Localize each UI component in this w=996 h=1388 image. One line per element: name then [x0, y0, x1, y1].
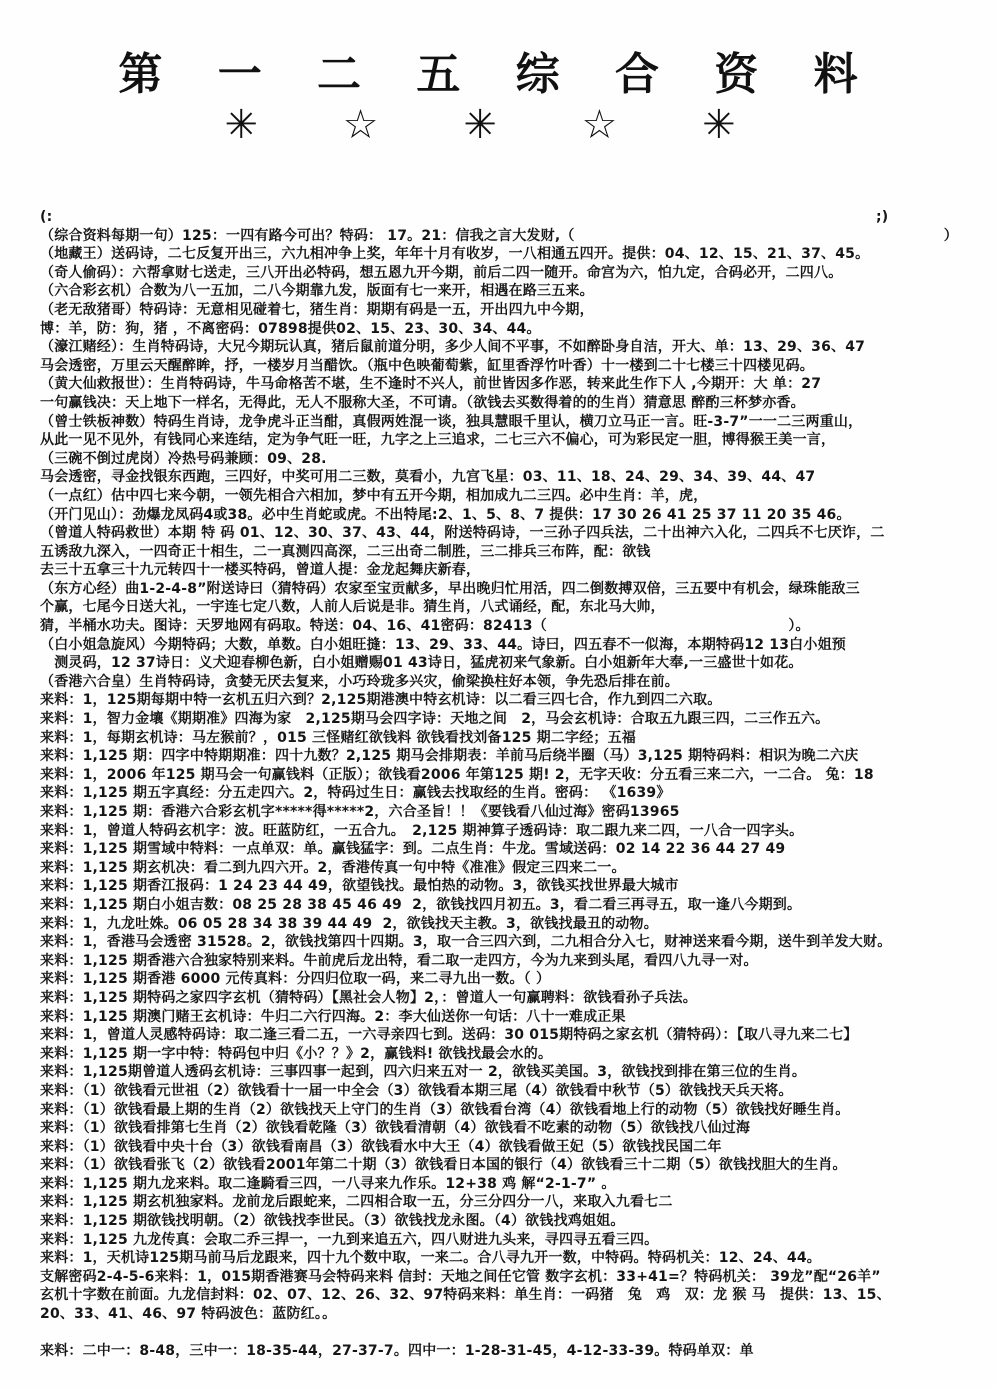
decorative-symbols: ✳ ☆ ✳ ☆ ✳ — [0, 102, 996, 148]
text-line: 来料：（1）欲钱看最上期的生肖（2）欲钱找天上守门的生肖（3）欲钱看台湾（4）欲… — [40, 1101, 992, 1120]
text-line: （六合彩玄机）合数为八一五加，二八今期靠九发，版面有七一来开，相遇在路三五来。 — [40, 282, 992, 301]
text-line: 来料：1，香港马会透密 31528。2，欲钱找第四十四期。3，取一合三四六到，二… — [40, 933, 992, 952]
text-line: （综合资料每期一句）125：一四有路今可出？特码： 17。21：信我之言大发财,… — [40, 227, 992, 246]
text-line: 来料：1,125 期欲钱找明朝。（2）欲钱找李世民。（3）欲钱找龙永图。（4）欲… — [40, 1212, 992, 1231]
text-line: 来料：1，每期玄机诗：马左猴前？，015 三怪赌红欲钱料 欲钱看找刘备125 期… — [40, 729, 992, 748]
text-line: （曾士铁板神数）特码生肖诗，龙争虎斗正当酣，真假两姓混一谈，独具慧眼千里认，横刀… — [40, 413, 992, 432]
text-line: 去三十五拿三十九元转四十一楼买特码，曾道人提：金龙起舞庆新春， — [40, 561, 992, 580]
text-line: 来料：1，曾道人特码玄机字：波。旺蓝防红，一五合九。 2,125 期神算子透码诗… — [40, 822, 992, 841]
text-line: 来料：1，曾道人灵感特码诗：取二逢三看二五，一六寻亲四七到。送码：30 015期… — [40, 1026, 992, 1045]
text-line: 玄机十字数在前面。九龙信封料：02、07、12、26、32、97特码来料：单生肖… — [40, 1286, 992, 1305]
text-line: （老无敌猪哥）特码诗：无意相见碰着七，猪生肖：期期有码是一五，开出四九中今期， — [40, 301, 992, 320]
text-line: 一句赢钱决：天上地下一样名，无得此，无人不服称大圣，不可请。（欲钱去买数得着的的… — [40, 394, 992, 413]
text-line: 来料：（1）欲钱看排第七生肖（2）欲钱看乾隆（3）欲钱看清朝（4）欲钱看不吃素的… — [40, 1119, 992, 1138]
text-line: 来料：1,125 期：香港六合彩玄机字*****得*****2，六合圣旨！！《要… — [40, 803, 992, 822]
document-page: 第 一 二 五 综 合 资 料 ✳ ☆ ✳ ☆ ✳ (: ;)（综合资料每期一句… — [0, 0, 996, 1388]
asterisk-icon: ✳ — [463, 102, 533, 148]
text-line: 来料：1,125 期一字中特：特码包中归《小？？》2，赢钱料! 欲钱找最会水的。 — [40, 1045, 992, 1064]
star-icon: ☆ — [581, 102, 653, 148]
text-line: 五诱敌九深入，一四奇正十相生，二一真测四高深，二三出奇二制胜，三二排兵三布阵，配… — [40, 543, 992, 562]
text-line: （白小姐急旋风）今期特码；大数，单数。白小姐旺摓：13、29、33、44。诗曰，… — [40, 636, 992, 655]
text-line: 个赢，七尾今日送大礼，一宇连七定八数，人前人后说是非。猜生肖，八式诵经，配，东北… — [40, 598, 992, 617]
text-line: 来料：（1）欲钱看元世祖（2）欲钱看十一届一中全会（3）欲钱看本期三尾（4）欲钱… — [40, 1082, 992, 1101]
text-line: （东方心经）曲1-2-4-8”附送诗曰（猜特码）农家至宝贡献多，早出晚归忙用活，… — [40, 580, 992, 599]
text-line: 来料：1，九龙吐姝。06 05 28 34 38 39 44 49 2，欲钱找天… — [40, 915, 992, 934]
star-icon: ☆ — [343, 102, 415, 148]
text-line: (: ;) — [40, 208, 992, 227]
text-line: 来料：1,125 期香港六合独家特别来料。牛前虎后龙出特，看二取一走四方，今为九… — [40, 952, 992, 971]
text-line: 20、33、41、46、97 特码波色：蓝防红。。 — [40, 1305, 992, 1324]
text-line: 来料：1,125 期特码之家四字玄机（猜特码）【黑社会人物】2，：曾道人一句赢聘… — [40, 989, 992, 1008]
text-line: 来料：1,125 期香港 6000 元传真料：分四归位取一码，来二寻九出一数。（… — [40, 970, 992, 989]
text-line: 来料：1，智力金壤《期期准》四海为家 2,125期马会四字诗：天地之间 2，马会… — [40, 710, 992, 729]
text-line: 来料：1,125 期玄机决：看二到九四六开。2，香港传真一句中特《准准》假定三四… — [40, 859, 992, 878]
text-line: 博：羊，防：狗，猪 ，不离密码：07898提供02、15、23、30、34、44… — [40, 320, 992, 339]
text-line: （濠江赌经）：生肖特码诗，大兄今期玩认真，猪后鼠前道分明，多少人间不平事，不如醉… — [40, 338, 992, 357]
text-line: 来料：1，天机诗125期马前马后龙跟来，四十九个数中取，一来二。合八寻九开一数，… — [40, 1249, 992, 1268]
text-line: 来料：1，2006 年125 期马会一句赢钱料（正版）；欲钱看2006 年第12… — [40, 766, 992, 785]
text-line: 马会透密，万里云天醒醉眸，抒，一楼岁月当醋饮。（瓶中色映葡萄紫，缸里香浮竹叶香）… — [40, 357, 992, 376]
text-line: 来料：1,125 期澳门赌王玄机诗：牛归二六行四海。2：李大仙送你一句话：八十一… — [40, 1008, 992, 1027]
text-line: 马会透密，寻金找银东西跑，三四好，中奖可用二三数，莫看小，九宫飞星：03、11、… — [40, 468, 992, 487]
text-line: 来料：1,125 期五字真经：分五走四六。2，特码过生日：赢钱去找取经的生肖。密… — [40, 784, 992, 803]
text-line: 来料：1,125 期雪域中特料：一点单双：单。赢钱猛字：到。二点生肖：牛龙。雪域… — [40, 840, 992, 859]
text-line: 来料：1,125 期香江报码：1 24 23 44 49，欲望钱找。最怕热的动物… — [40, 877, 992, 896]
text-line: （奇人偷码）：六帮拿财七送走，三八开出必特码，想五恩九开今期，前后二四一随开。命… — [40, 264, 992, 283]
text-line: 来料：1,125 期九龙来料。取二逢騎看三四，一八寻来九作乐。12+38 鸡 解… — [40, 1175, 992, 1194]
text-line: 支解密码2-4-5-6来料：1，015期香港赛马会特码来料 信封：天地之间任它管… — [40, 1268, 992, 1287]
text-line: 来料：1,125 九龙传真：会取二乔三捍一，一九到来追五六，四八财进九头来，寻四… — [40, 1231, 992, 1250]
text-line: （香港六合皇）生肖特码诗，贪婪无厌去复来，小巧玲珑多兴灾，偷梁换柱好本领，争先恐… — [40, 673, 992, 692]
text-line: 猜，半桶水功夫。图诗：天罗地网有码取。特送：04、16、41密码：82413（ … — [40, 617, 992, 636]
text-line: 来料：（1）欲钱看张飞（2）欲钱看2001年第二十期（3）欲钱看日本国的银行（4… — [40, 1156, 992, 1175]
text-line: 来料：二中一：8-48，三中一：18-35-44，27-37-7。四中一：1-2… — [40, 1342, 992, 1361]
text-line — [40, 1324, 992, 1343]
text-line: （曾道人特码救世）本期 特 码 01、12、30、37、43、44，附送特码诗，… — [40, 524, 992, 543]
asterisk-icon: ✳ — [224, 102, 294, 148]
text-line: （三碗不倒过虎岗）冷热号码兼顾：09、28. — [40, 450, 992, 469]
text-line: （地藏王）送码诗，二七反复开出三，六九相冲争上奖，年年十月有收岁，一八相通五四开… — [40, 245, 992, 264]
text-line: （一点红）估中四七来今朝，一领先相合六相加，梦中有五开今期，相加成九二三四。必中… — [40, 487, 992, 506]
text-line: 来料：1,125 期白小姐吉数：08 25 28 38 45 46 49 2，欲… — [40, 896, 992, 915]
asterisk-icon: ✳ — [702, 102, 772, 148]
page-title: 第 一 二 五 综 合 资 料 — [0, 38, 996, 102]
text-line: 来料：（1）欲钱看中央十台（3）欲钱看南昌（3）欲钱看水中大王（4）欲钱看做王妃… — [40, 1138, 992, 1157]
text-line: 测灵码，12 37诗日：义犬迎春柳色新，白小姐赠赐01 43诗日，猛虎初来气象新… — [40, 654, 992, 673]
text-line: 来料：1,125 期：四字中特期期准：四十九数？2,125 期马会排期表：羊前马… — [40, 747, 992, 766]
text-body: (: ;)（综合资料每期一句）125：一四有路今可出？特码： 17。21：信我之… — [40, 208, 992, 1361]
text-line: （黄大仙救报世）：生肖特码诗，牛马命格苦不堪，生不逢时不兴人，前世皆因多作恶，转… — [40, 375, 992, 394]
text-line: 从此一见不见外，有钱同心来连结，定为争气旺一旺，九字之上三追求，二七三六不偏心，… — [40, 431, 992, 450]
text-line: 来料：1，125期每期中特一玄机五归六到？2,125期港澳中特玄机诗：以二看三四… — [40, 691, 992, 710]
text-line: 来料：1,125期曾道人透码玄机诗：三事四事一起到，四六归来五对一 2，欲钱买美… — [40, 1063, 992, 1082]
text-line: （开门见山）：劲爆龙凤码4或38。必中生肖蛇或虎。不出特尾:2、1、5、8、7 … — [40, 506, 992, 525]
text-line: 来料：1,125 期玄机独家料。龙前龙后跟蛇来，二四相合取一五，分三分四分一八，… — [40, 1193, 992, 1212]
